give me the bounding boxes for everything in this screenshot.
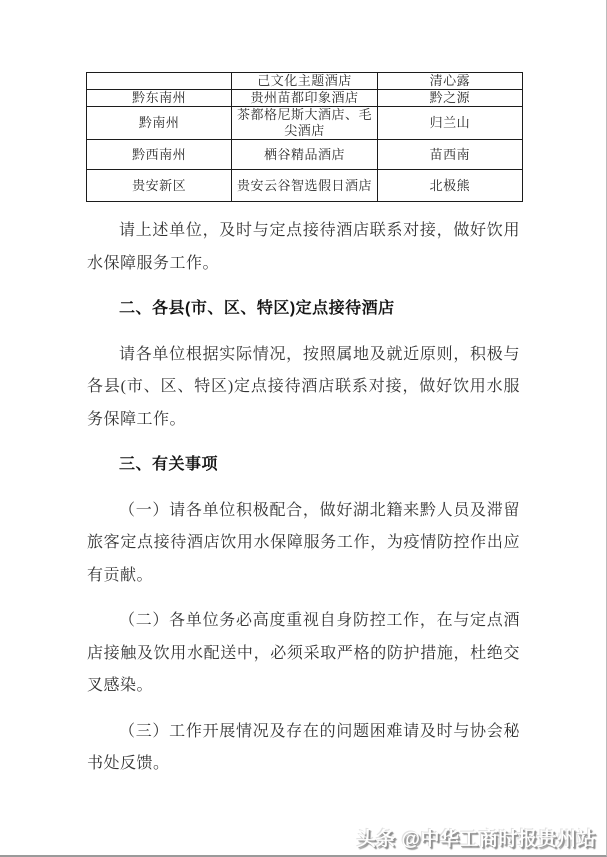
brand-cell: 苗西南 <box>377 140 522 170</box>
hotel-cell: 茶都格尼斯大酒店、毛尖酒店 <box>232 107 377 140</box>
region-cell: 黔南州 <box>87 107 232 140</box>
brand-cell: 黔之源 <box>377 90 522 107</box>
paragraph-item3: （三）工作开展情况及存在的问题困难请及时与协会秘书处反馈。 <box>87 716 520 781</box>
brand-cell: 清心露 <box>377 73 522 90</box>
section-heading-2: 二、各县(市、区、特区)定点接待酒店 <box>87 293 520 326</box>
table-row: 贵安新区 贵安云谷智选假日酒店 北极熊 <box>87 170 523 202</box>
hotel-cell: 己文化主题酒店 <box>232 73 377 90</box>
region-cell: 黔西南州 <box>87 140 232 170</box>
table-row: 己文化主题酒店 清心露 <box>87 73 523 90</box>
region-cell: 黔东南州 <box>87 90 232 107</box>
designated-hotels-table: 己文化主题酒店 清心露 黔东南州 贵州苗都印象酒店 黔之源 黔南州 茶都格尼斯大… <box>86 72 523 202</box>
table-row: 黔南州 茶都格尼斯大酒店、毛尖酒店 归兰山 <box>87 107 523 140</box>
brand-cell: 北极熊 <box>377 170 522 202</box>
region-cell <box>87 73 232 90</box>
paragraph-item1: （一）请各单位积极配合，做好湖北籍来黔人员及滞留旅客定点接待酒店饮用水保障服务工… <box>87 495 520 593</box>
paragraph-intro: 请上述单位，及时与定点接待酒店联系对接，做好饮用水保障服务工作。 <box>87 215 520 280</box>
hotel-cell: 栖谷精品酒店 <box>232 140 377 170</box>
table-row: 黔西南州 栖谷精品酒店 苗西南 <box>87 140 523 170</box>
document-page: 己文化主题酒店 清心露 黔东南州 贵州苗都印象酒店 黔之源 黔南州 茶都格尼斯大… <box>0 0 607 857</box>
hotel-cell: 贵州苗都印象酒店 <box>232 90 377 107</box>
hotel-cell: 贵安云谷智选假日酒店 <box>232 170 377 202</box>
section-heading-3: 三、有关事项 <box>87 449 520 482</box>
paragraph-item2: （二）各单位务必高度重视自身防控工作，在与定点酒店接触及饮用水配送中，必须采取严… <box>87 605 520 703</box>
document-body: 请上述单位，及时与定点接待酒店联系对接，做好饮用水保障服务工作。 二、各县(市、… <box>87 200 520 781</box>
toutiao-watermark: 头条 @中华工商时报贵州站 <box>357 824 596 851</box>
region-cell: 贵安新区 <box>87 170 232 202</box>
paragraph-section2: 请各单位根据实际情况，按照属地及就近原则，积极与各县(市、区、特区)定点接待酒店… <box>87 339 520 437</box>
table-row: 黔东南州 贵州苗都印象酒店 黔之源 <box>87 90 523 107</box>
brand-cell: 归兰山 <box>377 107 522 140</box>
